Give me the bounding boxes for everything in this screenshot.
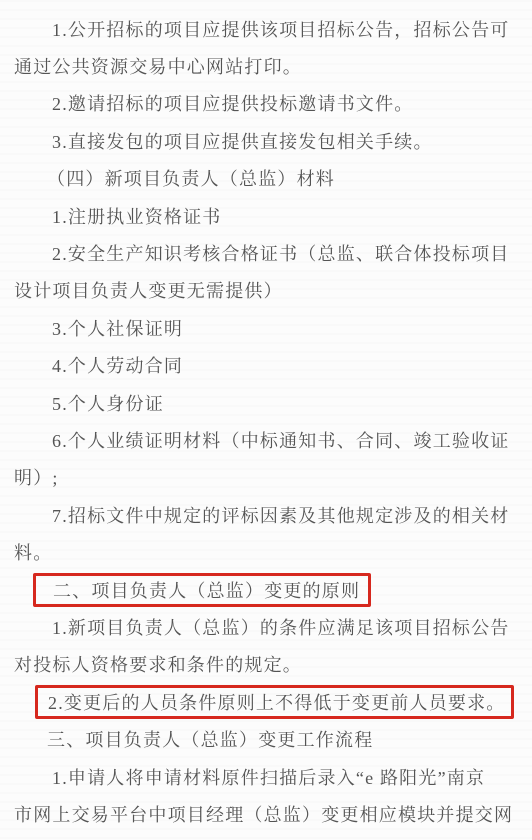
text-line: 明）; <box>0 459 532 496</box>
text-line: 3.直接发包的项目应提供直接发包相关手续。 <box>0 122 532 159</box>
text-line: 市网上交易平台中项目经理（总监）变更相应模块并提交网 <box>0 795 532 832</box>
text-line: 通过公共资源交易中心网站打印。 <box>0 47 532 84</box>
text-line: 2.变更后的人员条件原则上不得低于变更前人员要求。 <box>0 683 532 720</box>
text-line: 2.邀请招标的项目应提供投标邀请书文件。 <box>0 85 532 122</box>
scanned-document-page: 1.公开招标的项目应提供该项目招标公告，招标公告可 通过公共资源交易中心网站打印… <box>0 0 532 840</box>
section-heading-workflow: 三、项目负责人（总监）变更工作流程 <box>0 720 532 757</box>
highlight-box-principles: 二、项目负责人（总监）变更的原则 <box>33 573 371 607</box>
subsection-heading-new-manager-materials: （四）新项目负责人（总监）材料 <box>0 160 532 197</box>
text-line: 对投标人资格要求和条件的规定。 <box>0 646 532 683</box>
text-line: 1.公开招标的项目应提供该项目招标公告，招标公告可 <box>0 10 532 47</box>
text-line: 1.新项目负责人（总监）的条件应满足该项目招标公告 <box>0 608 532 645</box>
text-line: 2.安全生产知识考核合格证书（总监、联合体投标项目 <box>0 234 532 271</box>
section-heading-principles: 二、项目负责人（总监）变更的原则 <box>53 577 360 603</box>
highlight-box-requirement-rule: 2.变更后的人员条件原则上不得低于变更前人员要求。 <box>35 685 514 719</box>
text-line: 7.招标文件中规定的评标因素及其他规定涉及的相关材 <box>0 496 532 533</box>
text-line: 1.注册执业资格证书 <box>0 197 532 234</box>
text-line: 料。 <box>0 533 532 570</box>
text-line: 4.个人劳动合同 <box>0 347 532 384</box>
text-line: 二、项目负责人（总监）变更的原则 <box>0 571 532 608</box>
text-line: 3.个人社保证明 <box>0 309 532 346</box>
text-line: 1.申请人将申请材料原件扫描后录入“e 路阳光”南京 <box>0 758 532 795</box>
text-line: 6.个人业绩证明材料（中标通知书、合同、竣工验收证 <box>0 421 532 458</box>
text-line: 5.个人身份证 <box>0 384 532 421</box>
text-line: 设计项目负责人变更无需提供） <box>0 272 532 309</box>
highlighted-rule-text: 2.变更后的人员条件原则上不得低于变更前人员要求。 <box>48 689 506 715</box>
